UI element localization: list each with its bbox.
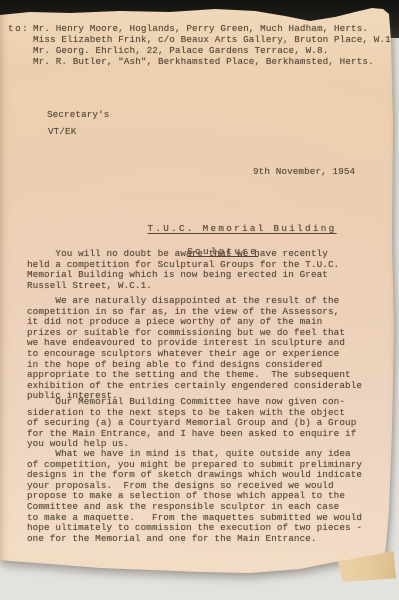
body-paragraph-2: We are naturally disappointed at the res… [27,296,362,402]
recipient-address-list: Mr. Henry Moore, Hoglands, Perry Green, … [33,24,396,68]
letter-title-line1: T.U.C. Memorial Building [147,223,336,236]
paper-wrapper: to: Mr. Henry Moore, Hoglands, Perry Gre… [0,0,399,600]
sender-office-line: Secretary's [47,110,109,121]
body-paragraph-4: What we have in mind is that, quite outs… [27,449,362,544]
body-paragraph-3: Our Memorial Building Committee have now… [27,397,356,450]
letter-paper: to: Mr. Henry Moore, Hoglands, Perry Gre… [0,0,399,600]
body-paragraph-1: You will no doubt be aware that we have … [27,249,339,291]
photo-canvas: to: Mr. Henry Moore, Hoglands, Perry Gre… [0,0,399,600]
reference-initials: VT/EK [48,127,76,138]
to-label: to: [8,24,29,35]
letter-date: 9th November, 1954 [253,167,355,178]
